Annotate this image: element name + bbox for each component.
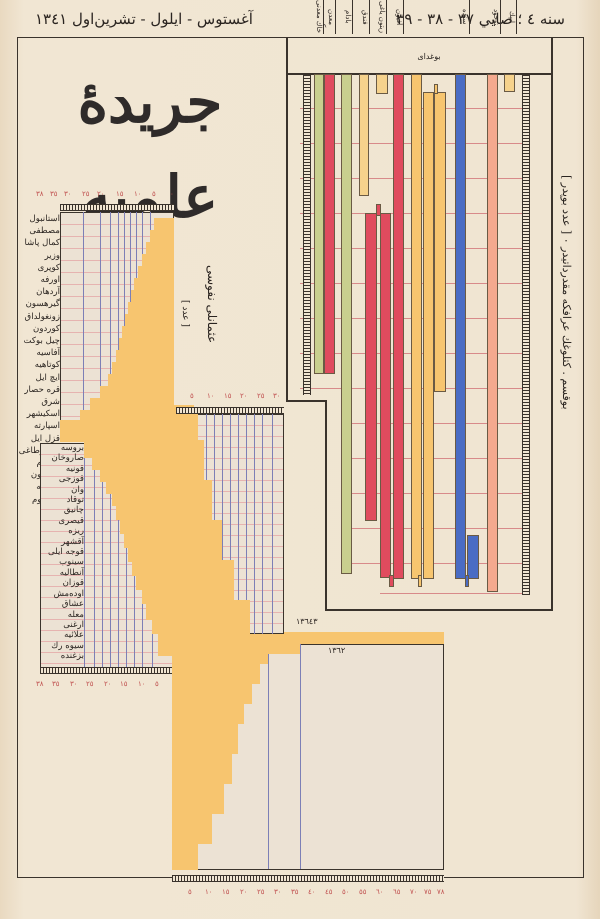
province-label: وزير كوپرى	[20, 250, 60, 274]
bar-chart-left-border	[286, 38, 288, 400]
step-fill	[116, 506, 174, 520]
step-fill	[172, 654, 268, 664]
lower-province-list: بروسه صاروخان قونيه قوزجى وان توقاد چاني…	[42, 443, 84, 662]
province-label: توقاد	[42, 495, 84, 505]
province-label: قيصرى	[42, 516, 84, 526]
step-fill	[128, 548, 174, 562]
axis-tick: ٤٠	[308, 888, 316, 896]
axis-tick: ٥	[152, 190, 156, 198]
step-fill	[128, 302, 174, 314]
mid-labels	[284, 414, 328, 634]
province-label: قوجه ايلى	[42, 547, 84, 557]
grid-line-v	[262, 414, 263, 634]
column-header: نوخود	[488, 0, 501, 34]
axis-tick: ١٥	[116, 190, 124, 198]
axis-tick: ١٥	[120, 680, 128, 688]
axis-tick: ٧٥	[424, 888, 432, 896]
bar-chart-step-line	[286, 400, 326, 402]
right-axis-ruler	[522, 75, 530, 595]
bar-chart-bottom-border	[325, 609, 553, 611]
bar-sende-small	[467, 535, 479, 579]
grid-line	[350, 563, 525, 564]
province-label: آفاسيه	[20, 347, 60, 359]
bar-zeytin-small	[376, 74, 388, 94]
bar-bugday-c	[434, 92, 446, 392]
axis-tick: ٣٠	[64, 190, 72, 198]
step-fill	[122, 326, 174, 338]
axis-tick: ١٠	[134, 190, 142, 198]
bar-bugday-b	[423, 92, 434, 579]
column-header: فندق	[357, 0, 370, 34]
province-label: ريزه	[42, 526, 84, 536]
axis-tick: ١٠	[138, 680, 146, 688]
axis-tick: ١٥	[222, 888, 230, 896]
province-label: چانيق	[42, 505, 84, 515]
step-fill	[120, 520, 174, 534]
step-fill	[132, 562, 174, 576]
province-label: قره حصار شرق	[20, 384, 60, 408]
axis-tick: ٢٠	[97, 190, 105, 198]
bar-red-a	[365, 213, 377, 521]
step-fill	[194, 600, 250, 634]
grid-line-v	[102, 470, 103, 668]
province-label: قوزان	[42, 578, 84, 588]
step-fill	[92, 458, 174, 470]
province-label: علائيه	[42, 630, 84, 640]
step-chart-caption: عثمانلى نفوسى	[205, 265, 219, 343]
step-fill	[100, 470, 174, 482]
step-fill	[172, 664, 260, 684]
bar-afyon-tail	[389, 575, 394, 587]
axis-tick: ٢٥	[86, 680, 94, 688]
left-axis-ruler	[303, 75, 311, 395]
bar-maden-komuru	[324, 74, 335, 374]
bar-sende	[455, 74, 466, 579]
step-fill	[172, 814, 212, 844]
step-fill	[84, 443, 174, 458]
axis-tick: ١٥	[224, 392, 232, 400]
axis-tick: ٣٨	[36, 680, 44, 688]
province-label: كوردون	[20, 323, 60, 335]
axis-tick: ٠	[170, 190, 174, 198]
bottom-axis-ruler	[172, 875, 444, 882]
axis-tick: ٣٥	[291, 888, 299, 896]
column-header: بادام	[340, 0, 353, 34]
step-fill	[146, 242, 174, 254]
province-label: آردهان	[20, 286, 60, 298]
axis-tick: ٥٥	[359, 888, 367, 896]
axis-tick: ٥	[190, 392, 194, 400]
province-label: اسپارته	[20, 420, 60, 432]
newspaper-page: سنه ٤ ؛ صايي ٣٧ - ٣٨ - ٣٩ آغستوس - ايلول…	[0, 0, 600, 919]
province-label: زونغولداق	[20, 311, 60, 323]
province-label: چيل بوكت	[20, 335, 60, 347]
grid-line-v	[272, 414, 273, 634]
axis-tick: ١٠	[207, 392, 215, 400]
bar-khak-madeni	[314, 74, 324, 374]
step-fill	[80, 410, 174, 420]
bar-bugday-tail	[418, 575, 422, 587]
step-fill	[142, 590, 174, 604]
step-fill	[134, 278, 174, 290]
step-fill	[106, 482, 174, 494]
bar-bugday-cap	[434, 84, 438, 94]
issue-header: سنه ٤ ؛ صايي ٣٧ - ٣٨ - ٣٩	[396, 10, 565, 28]
province-label: سينوب	[42, 557, 84, 567]
axis-tick: ٦٥	[393, 888, 401, 896]
bar-chart-right-border	[551, 38, 553, 610]
axis-tick: ٥	[155, 680, 159, 688]
step-chart-bracket: [ عدد ]	[180, 300, 190, 327]
axis-tick: ١٠	[205, 888, 213, 896]
bar-bugday-a	[411, 74, 422, 579]
step-fill	[119, 338, 174, 350]
axis-tick: ٣٠	[274, 888, 282, 896]
step-fill	[154, 218, 174, 230]
mid-axis-ruler	[176, 407, 284, 414]
axis-tick: ٢٥	[82, 190, 90, 198]
step-fill	[131, 290, 174, 302]
grid-line	[380, 593, 525, 594]
province-label: وان	[42, 485, 84, 495]
province-label: اورفه	[20, 274, 60, 286]
bottom-panel-label: ١٣٦٢	[328, 646, 345, 655]
lower-left-axis-ruler	[40, 667, 174, 674]
province-label: اسكيشهر	[20, 408, 60, 420]
axis-tick: ٣٠	[70, 680, 78, 688]
bar-findik	[359, 74, 369, 196]
axis-tick: ٣٥	[52, 680, 60, 688]
province-label: معله	[42, 610, 84, 620]
grid-line-v	[254, 414, 255, 634]
step-fill	[172, 844, 198, 870]
axis-tick: ٢٠	[240, 392, 248, 400]
step-fill	[100, 386, 174, 398]
step-fill	[138, 266, 174, 278]
grid-line-v	[300, 644, 301, 869]
province-label: استانبول	[20, 213, 60, 225]
grid-line-v	[94, 460, 95, 668]
step-fill	[116, 350, 174, 362]
step-fill	[112, 494, 174, 506]
axis-tick: ٧٠	[410, 888, 418, 896]
masthead-title: جريدهٔ علميه	[30, 55, 270, 150]
step-fill	[172, 784, 224, 814]
step-fill	[172, 724, 238, 754]
step-fill	[172, 644, 300, 654]
bar-sende-tail	[465, 575, 469, 587]
step-fill	[60, 432, 174, 442]
axis-tick: ٢٠	[240, 888, 248, 896]
grid-line-v	[268, 654, 269, 869]
bar-ipek	[504, 74, 515, 92]
step-fill	[146, 604, 174, 620]
axis-tick: ٣٠	[273, 392, 281, 400]
column-header: معدن كوموره	[323, 0, 336, 34]
province-label: مصطفى كمال پاشا	[20, 225, 60, 249]
step-fill	[172, 704, 244, 724]
step-fill	[172, 754, 232, 784]
step-fill	[150, 230, 174, 242]
step-fill	[136, 576, 174, 590]
province-label: قوزجى	[42, 474, 84, 484]
axis-tick: ٧٨	[437, 888, 445, 896]
province-label: گيرهسون	[20, 298, 60, 310]
connector-label: ١٣٦٤٣	[296, 617, 317, 626]
column-header: بوغدای	[408, 52, 450, 61]
step-fill	[152, 620, 174, 634]
province-label: بروسه	[42, 443, 84, 453]
province-label: صاروخان	[42, 453, 84, 463]
province-label: بزغنده	[42, 651, 84, 661]
axis-tick: ٥٠	[342, 888, 350, 896]
column-header: آفيون	[389, 0, 404, 34]
column-header: ايپك	[502, 0, 517, 34]
province-label: سيوه رك	[42, 641, 84, 651]
province-label: ارغنى	[42, 620, 84, 630]
date-header: آغستوس - ايلول - تشرين‌اول ١٣٤١	[35, 10, 253, 28]
grid-line-v	[83, 212, 84, 427]
bar-nohut	[487, 74, 498, 592]
top-axis-ruler	[60, 204, 174, 211]
province-label: آنطاليه	[42, 568, 84, 578]
axis-tick: ٢٠	[104, 680, 112, 688]
grid-line	[350, 528, 525, 529]
axis-tick: ٢٥	[257, 392, 265, 400]
grid-line-v	[110, 480, 111, 668]
axis-tick: ٦٠	[376, 888, 384, 896]
step-fill	[90, 398, 174, 410]
axis-tick: ٢٥	[257, 888, 265, 896]
bar-afyon	[393, 74, 404, 579]
step-fill	[124, 534, 174, 548]
province-label: اوده‌مش	[42, 589, 84, 599]
bar-badem	[341, 74, 352, 574]
bar-chart-caption: بوقسم . كتلوغك عرافكه مقدرداتيدر ٠ [ عدد…	[560, 120, 573, 410]
axis-tick: ٣٥	[50, 190, 58, 198]
step-fill	[172, 684, 252, 704]
step-fill	[60, 420, 174, 432]
axis-tick: ٥	[188, 888, 192, 896]
grid-line-v	[84, 443, 85, 668]
bar-red-b	[380, 213, 391, 578]
column-header: زيتون ياغى	[372, 0, 387, 34]
step-fill	[142, 254, 174, 266]
step-fill	[112, 362, 174, 374]
province-label: كوتاهيه	[20, 359, 60, 371]
province-label: قونيه	[42, 464, 84, 474]
column-header: سنده	[455, 0, 470, 34]
step-fill	[108, 374, 174, 386]
axis-tick: ٤٥	[325, 888, 333, 896]
province-label: عشاق	[42, 599, 84, 609]
step-fill	[125, 314, 174, 326]
axis-tick: ٣٨	[36, 190, 44, 198]
province-label: ايچ ايل	[20, 372, 60, 384]
province-label: آقشهر	[42, 537, 84, 547]
